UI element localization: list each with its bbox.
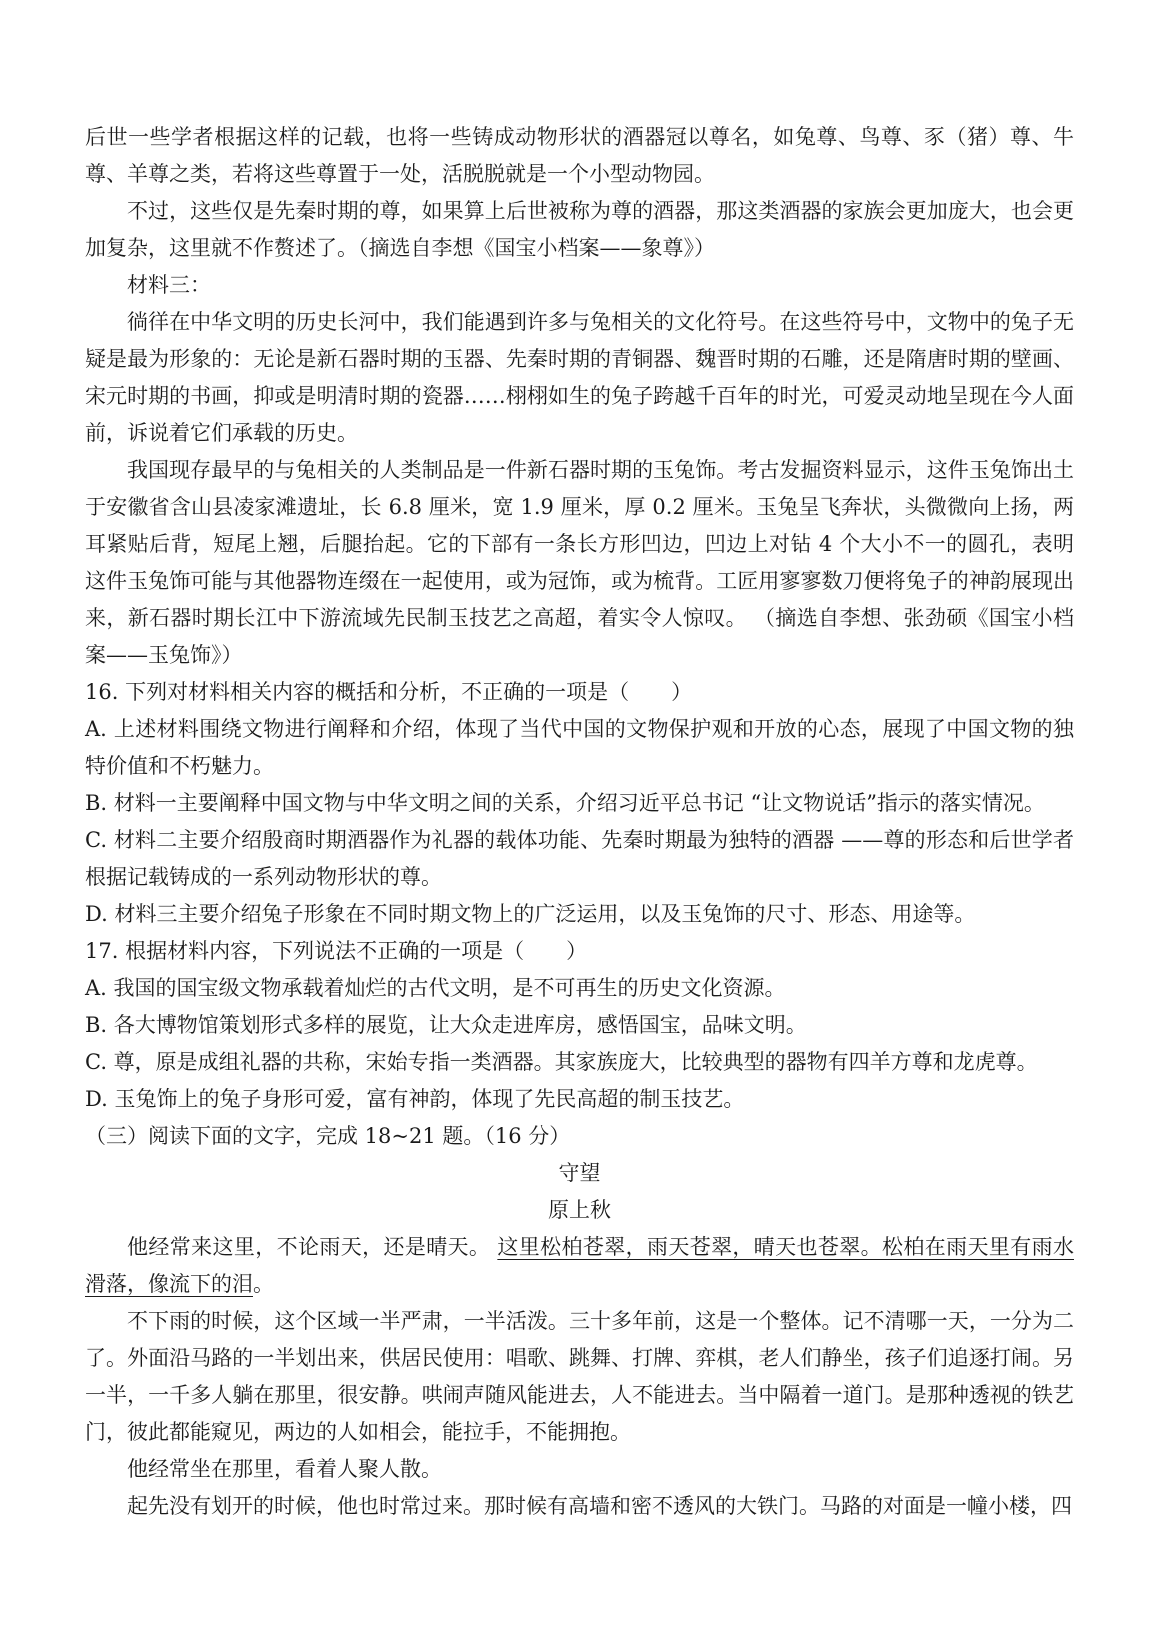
question-17-stem: 17. 根据材料内容，下列说法不正确的一项是（ ） [85,933,1074,970]
material-2-continuation: 后世一些学者根据这样的记载，也将一些铸成动物形状的酒器冠以尊名，如兔尊、鸟尊、豕… [85,119,1074,193]
story-title: 守望 [85,1155,1074,1192]
story-paragraph-3: 他经常坐在那里，看着人聚人散。 [85,1451,1074,1488]
plain-text: 。 [253,1272,274,1296]
question-16-option-d: D. 材料三主要介绍兔子形象在不同时期文物上的广泛运用，以及玉兔饰的尺寸、形态、… [85,896,1074,933]
material-3-paragraph-1: 徜徉在中华文明的历史长河中，我们能遇到许多与兔相关的文化符号。在这些符号中，文物… [85,304,1074,452]
document-body: 后世一些学者根据这样的记载，也将一些铸成动物形状的酒器冠以尊名，如兔尊、鸟尊、豕… [85,119,1074,1525]
plain-text: 他经常来这里，不论雨天，还是晴天。 [127,1235,497,1259]
question-16-option-a: A. 上述材料围绕文物进行阐释和介绍，体现了当代中国的文物保护观和开放的心态，展… [85,711,1074,785]
exam-page: 后世一些学者根据这样的记载，也将一些铸成动物形状的酒器冠以尊名，如兔尊、鸟尊、豕… [0,0,1158,1638]
question-17-option-d: D. 玉兔饰上的兔子身形可爱，富有神韵，体现了先民高超的制玉技艺。 [85,1081,1074,1118]
question-16-stem: 16. 下列对材料相关内容的概括和分析，不正确的一项是（ ） [85,674,1074,711]
section-3-instruction: （三）阅读下面的文字，完成 18~21 题。（16 分） [85,1118,1074,1155]
story-author: 原上秋 [85,1192,1074,1229]
story-paragraph-2: 不下雨的时候，这个区域一半严肃，一半活泼。三十多年前，这是一个整体。记不清哪一天… [85,1303,1074,1451]
material-3-paragraph-2: 我国现存最早的与兔相关的人类制品是一件新石器时期的玉兔饰。考古发掘资料显示，这件… [85,452,1074,674]
question-17-option-a: A. 我国的国宝级文物承载着灿烂的古代文明，是不可再生的历史文化资源。 [85,970,1074,1007]
material-3-label: 材料三： [85,267,1074,304]
question-17-option-c: C. 尊，原是成组礼器的共称，宋始专指一类酒器。其家族庞大，比较典型的器物有四羊… [85,1044,1074,1081]
question-16-option-b: B. 材料一主要阐释中国文物与中华文明之间的关系，介绍习近平总书记 “让文物说话… [85,785,1074,822]
material-2-closing: 不过，这些仅是先秦时期的尊，如果算上后世被称为尊的酒器，那这类酒器的家族会更加庞… [85,193,1074,267]
question-16-option-c: C. 材料二主要介绍殷商时期酒器作为礼器的载体功能、先秦时期最为独特的酒器 ——… [85,822,1074,896]
story-paragraph-4: 起先没有划开的时候，他也时常过来。那时候有高墙和密不透风的大铁门。马路的对面是一… [85,1488,1074,1525]
story-paragraph-1: 他经常来这里，不论雨天，还是晴天。 这里松柏苍翠，雨天苍翠，晴天也苍翠。松柏在雨… [85,1229,1074,1303]
question-17-option-b: B. 各大博物馆策划形式多样的展览，让大众走进库房，感悟国宝，品味文明。 [85,1007,1074,1044]
